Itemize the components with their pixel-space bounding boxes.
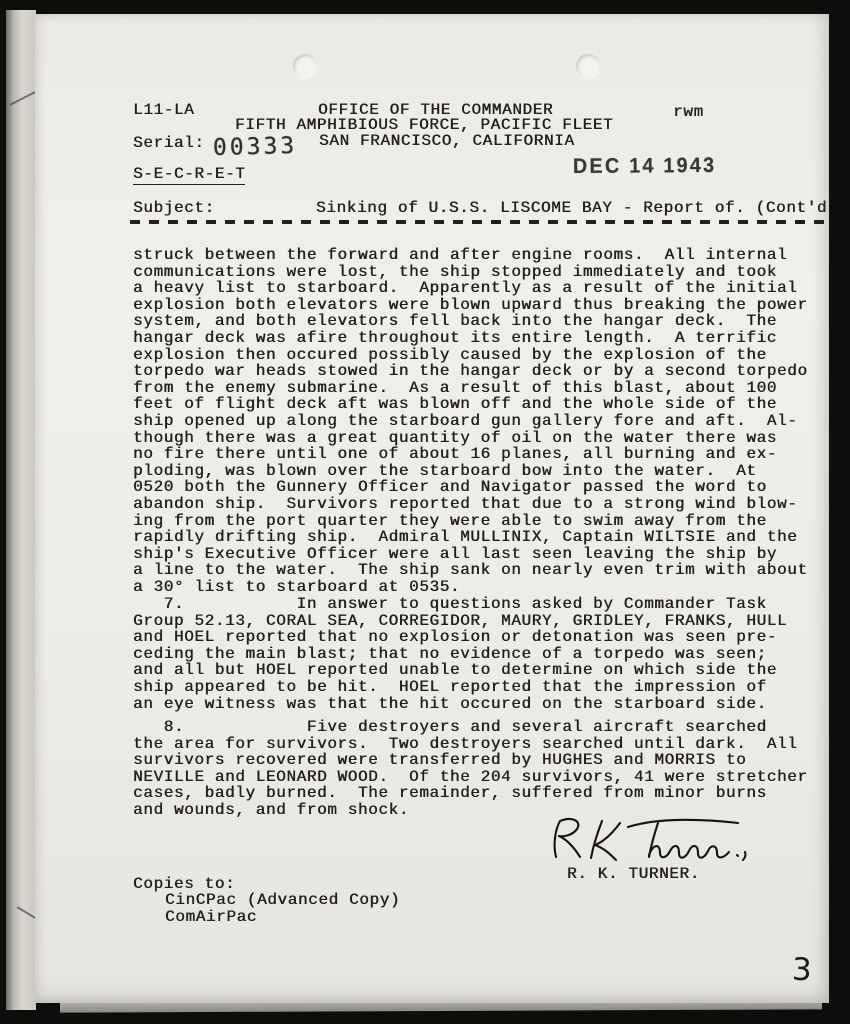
copies-to-list: CinCPac (Advanced Copy) ComAirPac xyxy=(165,892,400,925)
scanned-document-background: L11-LA OFFICE OF THE COMMANDER rwm FIFTH… xyxy=(0,0,850,1024)
typed-signature-name: R. K. TURNER. xyxy=(567,866,700,883)
serial-label: Serial: xyxy=(133,135,205,152)
letterhead-city-line: SAN FRANCISCO, CALIFORNIA xyxy=(319,133,575,150)
subject-text: Sinking of U.S.S. LISCOME BAY - Report o… xyxy=(316,200,829,217)
body-paragraph-8: 8. Five destroyers and several aircraft … xyxy=(133,719,808,819)
classification-marking: S-E-C-R-E-T xyxy=(133,166,245,185)
received-date-stamp: DEC 14 1943 xyxy=(573,154,716,179)
document-page: L11-LA OFFICE OF THE COMMANDER rwm FIFTH… xyxy=(35,14,829,1003)
punch-hole-left xyxy=(293,54,317,78)
body-paragraph-continuation: struck between the forward and after eng… xyxy=(133,247,808,595)
body-paragraph-7: 7. In answer to questions asked by Comma… xyxy=(133,596,787,712)
subject-label: Subject: xyxy=(133,200,215,217)
handwritten-signature xyxy=(540,813,758,867)
serial-number-stamp: 00333 xyxy=(213,133,298,161)
punch-hole-right xyxy=(576,54,600,78)
torn-left-page-edge xyxy=(6,10,36,1010)
scan-dust-specks xyxy=(0,0,2,2)
typist-initials: rwm xyxy=(673,104,704,121)
document-reference-code: L11-LA xyxy=(133,102,194,119)
dashed-separator-rule xyxy=(130,220,829,224)
page-number: 3 xyxy=(791,952,812,989)
